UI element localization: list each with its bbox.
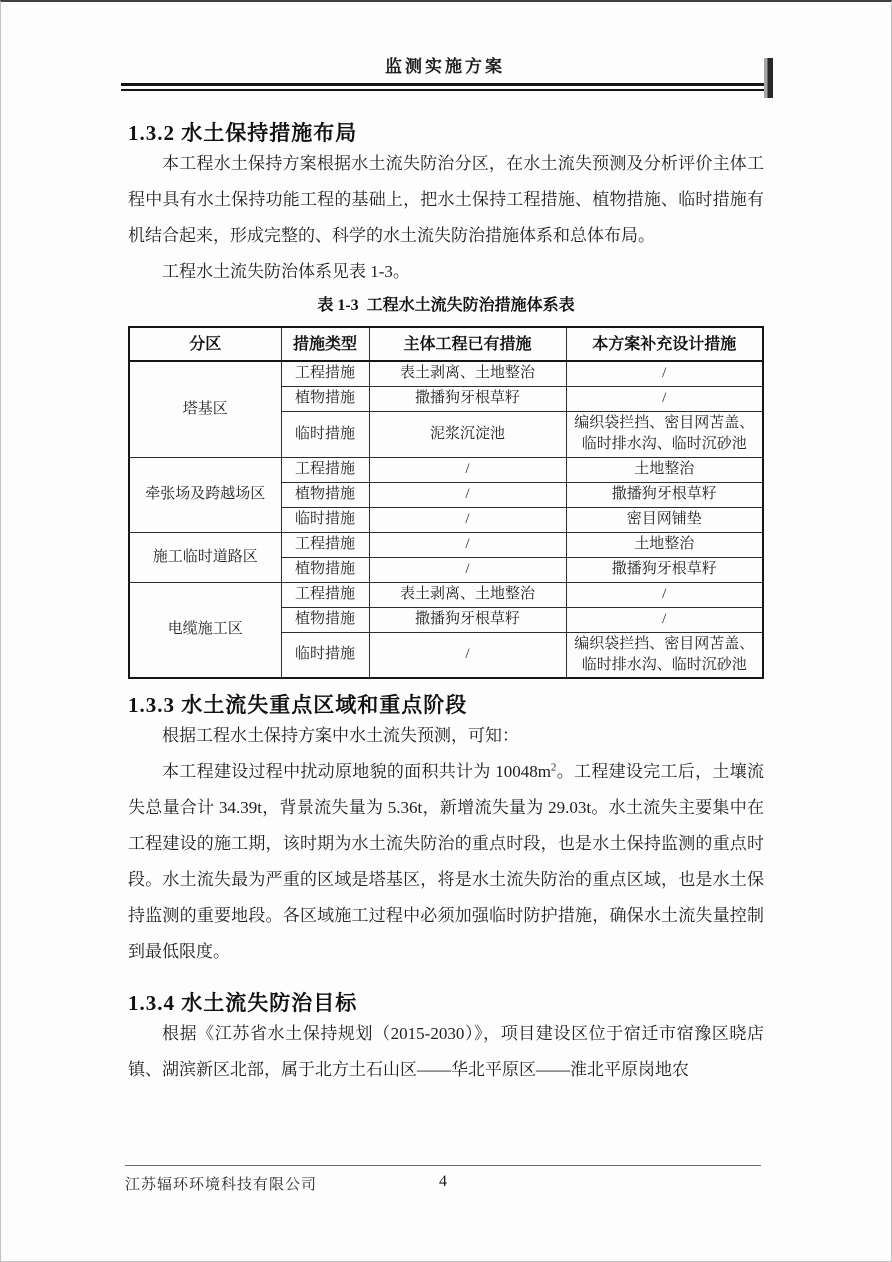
table-row: 塔基区 工程措施 表土剥离、土地整治 / bbox=[129, 361, 763, 386]
table-cell: 撒播狗牙根草籽 bbox=[369, 607, 566, 632]
section-heading-1-3-4: 1.3.4 水土流失防治目标 bbox=[128, 990, 764, 1016]
table-cell: 植物措施 bbox=[281, 607, 369, 632]
table-cell: 撒播狗牙根草籽 bbox=[566, 557, 763, 582]
table-cell: / bbox=[566, 607, 763, 632]
table-cell: 撒播狗牙根草籽 bbox=[369, 386, 566, 411]
table-header-measure-type: 措施类型 bbox=[281, 327, 369, 361]
table-cell: 工程措施 bbox=[281, 361, 369, 386]
table-cell: / bbox=[369, 632, 566, 678]
page-header: 监测实施方案 bbox=[121, 2, 769, 91]
section-heading-1-3-2: 1.3.2 水土保持措施布局 bbox=[128, 120, 764, 146]
document-page: 监测实施方案 1.3.2 水土保持措施布局 本工程水土保持方案根据水土流失防治分… bbox=[0, 0, 892, 1262]
paragraph-133-2-pre: 本工程建设过程中扰动原地貌的面积共计为 10048m bbox=[162, 762, 551, 781]
table-cell: 植物措施 bbox=[281, 482, 369, 507]
page-number: 4 bbox=[439, 1173, 447, 1191]
section-heading-1-3-3: 1.3.3 水土流失重点区域和重点阶段 bbox=[128, 692, 764, 718]
table-cell: 泥浆沉淀池 bbox=[369, 411, 566, 457]
table-cell: 土地整治 bbox=[566, 457, 763, 482]
paragraph-133-2-post: 。工程建设完工后，土壤流失总量合计 34.39t，背景流失量为 5.36t，新增… bbox=[128, 762, 764, 961]
page-footer: 江苏辐环环境科技有限公司 4 bbox=[125, 1165, 761, 1197]
table-header-row: 分区 措施类型 主体工程已有措施 本方案补充设计措施 bbox=[129, 327, 763, 361]
table-row: 施工临时道路区 工程措施 / 土地整治 bbox=[129, 532, 763, 557]
table-title: 表 1-3 工程水土流失防治措施体系表 bbox=[128, 295, 764, 317]
table-cell: / bbox=[369, 457, 566, 482]
table-cell: / bbox=[566, 361, 763, 386]
table-row: 电缆施工区 工程措施 表土剥离、土地整治 / bbox=[129, 582, 763, 607]
footer-inner: 江苏辐环环境科技有限公司 4 bbox=[125, 1166, 761, 1197]
table-cell: 临时措施 bbox=[281, 507, 369, 532]
table-cell: 植物措施 bbox=[281, 386, 369, 411]
paragraph-132-2: 工程水土流失防治体系见表 1-3。 bbox=[128, 254, 764, 290]
zone-cell: 施工临时道路区 bbox=[129, 532, 281, 582]
table-cell: 土地整治 bbox=[566, 532, 763, 557]
table-cell: 工程措施 bbox=[281, 457, 369, 482]
table-header-existing-measures: 主体工程已有措施 bbox=[369, 327, 566, 361]
paragraph-134-1: 根据《江苏省水土保持规划（2015-2030）》，项目建设区位于宿迁市宿豫区晓店… bbox=[128, 1016, 764, 1088]
table-cell: 工程措施 bbox=[281, 582, 369, 607]
header-rule bbox=[121, 83, 769, 91]
table-cell: / bbox=[369, 507, 566, 532]
table-cell: 撒播狗牙根草籽 bbox=[566, 482, 763, 507]
table-header-supplementary-measures: 本方案补充设计措施 bbox=[566, 327, 763, 361]
header-accent-bar-icon bbox=[764, 58, 773, 98]
table-cell: / bbox=[566, 582, 763, 607]
measures-table: 分区 措施类型 主体工程已有措施 本方案补充设计措施 塔基区 工程措施 表土剥离… bbox=[128, 326, 764, 679]
table-cell: 植物措施 bbox=[281, 557, 369, 582]
table-cell: 编织袋拦挡、密目网苫盖、临时排水沟、临时沉砂池 bbox=[566, 632, 763, 678]
header-title: 监测实施方案 bbox=[121, 2, 769, 79]
table-cell: / bbox=[369, 557, 566, 582]
table-cell: 表土剥离、土地整治 bbox=[369, 361, 566, 386]
zone-cell: 塔基区 bbox=[129, 361, 281, 457]
table-row: 牵张场及跨越场区 工程措施 / 土地整治 bbox=[129, 457, 763, 482]
paragraph-133-1: 根据工程水土保持方案中水土流失预测，可知： bbox=[128, 718, 764, 754]
zone-cell: 牵张场及跨越场区 bbox=[129, 457, 281, 532]
table-cell: 临时措施 bbox=[281, 632, 369, 678]
table-header-zone: 分区 bbox=[129, 327, 281, 361]
table-cell: 编织袋拦挡、密目网苫盖、临时排水沟、临时沉砂池 bbox=[566, 411, 763, 457]
table-cell: / bbox=[369, 482, 566, 507]
table-cell: 表土剥离、土地整治 bbox=[369, 582, 566, 607]
table-cell: 临时措施 bbox=[281, 411, 369, 457]
table-cell: 密目网铺垫 bbox=[566, 507, 763, 532]
footer-company: 江苏辐环环境科技有限公司 bbox=[125, 1177, 317, 1193]
paragraph-133-2: 本工程建设过程中扰动原地貌的面积共计为 10048m2。工程建设完工后，土壤流失… bbox=[128, 754, 764, 970]
table-cell: / bbox=[369, 532, 566, 557]
page-content: 1.3.2 水土保持措施布局 本工程水土保持方案根据水土流失防治分区，在水土流失… bbox=[128, 97, 764, 1088]
table-cell: / bbox=[566, 386, 763, 411]
zone-cell: 电缆施工区 bbox=[129, 582, 281, 678]
paragraph-132-1: 本工程水土保持方案根据水土流失防治分区，在水土流失预测及分析评价主体工程中具有水… bbox=[128, 146, 764, 254]
table-cell: 工程措施 bbox=[281, 532, 369, 557]
